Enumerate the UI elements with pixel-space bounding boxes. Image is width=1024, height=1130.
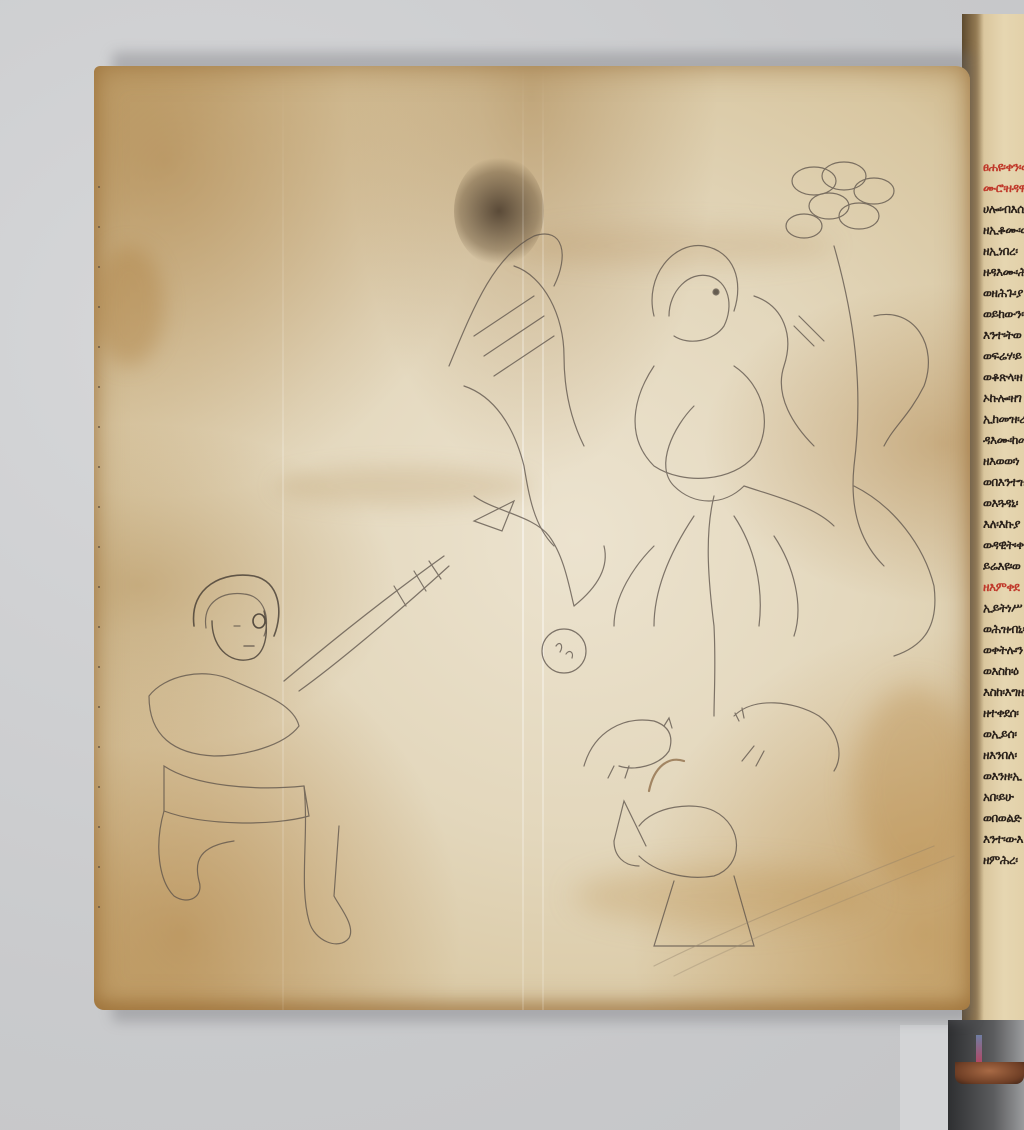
- geez-text-line: ወእስከ፡ዕ: [983, 664, 1018, 678]
- figure-with-child: [635, 246, 834, 526]
- geez-text-line: ወበእንተዝ: [983, 475, 1024, 489]
- geez-text-line: ወቆጽላ፡ዘ: [983, 370, 1022, 384]
- geez-text-line: ኢይትነሥ: [983, 601, 1022, 615]
- geez-text-line: ዘዳእሙ፡ሕ: [983, 265, 1024, 279]
- geez-text-line: ወበወልድ: [983, 811, 1021, 825]
- geez-text-line: ወዘሕጉ፡ያ: [983, 286, 1023, 300]
- geez-text-line: ዘኢቆሙ፡ወ: [983, 223, 1024, 237]
- geez-text-line: ዘእምቀደ: [983, 580, 1019, 594]
- parchment-leaf: [94, 66, 970, 1010]
- geez-text-line: እለ፡እኩያ: [983, 517, 1020, 531]
- geez-text-line: ወዳዊት፡ቀ: [983, 538, 1024, 552]
- book-spine-end: [955, 1062, 1024, 1084]
- geez-text-line: ወፍሬሃ፡ይ: [983, 349, 1022, 363]
- geez-text-column: ፀሐዩ፡ቀን፡ወሙሮ፡ዘዳዋሀሎ፡ብእሲ፡ዘኢቆሙ፡ወዘኢነበረ፡ዘዳእሙ፡ሕወ…: [983, 160, 1024, 880]
- geez-text-line: ኦኩሎ፡ዘገ: [983, 391, 1021, 405]
- geez-text-line: ዳእሙ፡ከመ: [983, 433, 1024, 447]
- geez-text-line: ወይከውን፡: [983, 307, 1024, 321]
- two-birds: [584, 703, 839, 778]
- geez-text-line: ዘእንበለ፡: [983, 748, 1017, 762]
- floral-tree: [614, 162, 935, 716]
- geez-text-line: አበ፡ይሁ: [983, 790, 1013, 804]
- geez-text-line: ሀሎ፡ብእሲ፡: [983, 202, 1024, 216]
- geez-text-line: ዘእወወ፡ነ: [983, 454, 1019, 468]
- bird-head-vase: [614, 760, 754, 946]
- geez-text-line: ዘምሕረ፡: [983, 853, 1018, 867]
- geez-text-line: ፀሐዩ፡ቀን፡ወ: [983, 160, 1024, 174]
- geez-text-line: ዘተቀደሰ፡: [983, 706, 1019, 720]
- tissue-corner: [900, 1025, 950, 1130]
- geez-text-line: ዘኢነበረ፡: [983, 244, 1018, 258]
- geez-text-line: ይሬእዩ፡ወ: [983, 559, 1020, 573]
- geez-text-line: ወእንዘ፡ኢ: [983, 769, 1022, 783]
- geez-text-line: እንተ፡ትወ: [983, 328, 1021, 342]
- inverted-figure: [449, 234, 605, 673]
- geez-text-line: ወእጓዳኒ፡: [983, 496, 1018, 510]
- geez-text-line: ኢከመዝ፡ረ: [983, 412, 1024, 426]
- geez-text-line: ሙሮ፡ዘዳዋ: [983, 181, 1024, 195]
- seated-figure-with-staff: [149, 556, 449, 944]
- geez-text-line: እንተ፡ውእ: [983, 832, 1023, 846]
- geez-text-line: ወሕዝብኒ፡: [983, 622, 1024, 636]
- geez-text-line: ወቀትሉ፡ን: [983, 643, 1023, 657]
- geez-text-line: እስከ፡እግዚ: [983, 685, 1024, 699]
- geez-text-line: ወኢይሰ፡: [983, 727, 1017, 741]
- sketch-layer: [94, 66, 970, 1010]
